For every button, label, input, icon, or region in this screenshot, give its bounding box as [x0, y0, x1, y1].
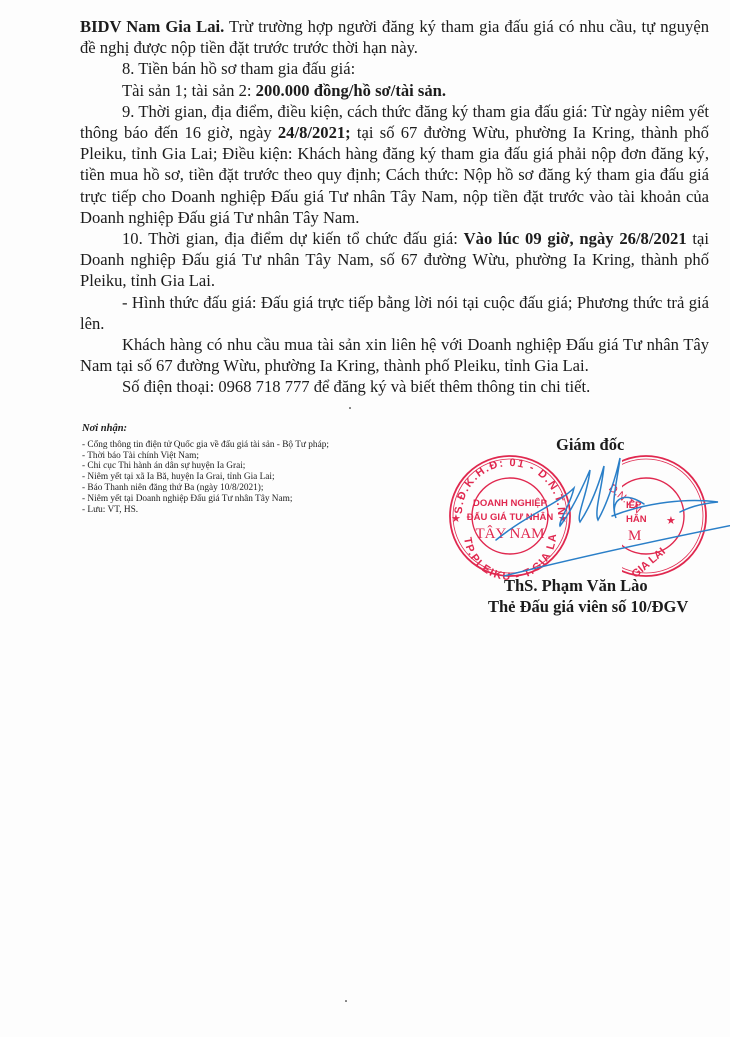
- text-run: Khách hàng có nhu cầu mua tài sản xin li…: [80, 335, 709, 375]
- recipients-block: Nơi nhận: - Cổng thông tin điện tử Quốc …: [82, 424, 412, 515]
- text-run: Số điện thoại: 0968 718 777 để đăng ký v…: [122, 377, 590, 396]
- paragraph: Tài sản 1; tài sản 2: 200.000 đồng/hồ sơ…: [80, 80, 709, 101]
- recipient-item: - Niêm yết tại Doanh nghiệp Đấu giá Tư n…: [82, 494, 412, 505]
- emphasized-text: Vào lúc 09 giờ, ngày 26/8/2021: [464, 229, 687, 248]
- emphasized-text: 24/8/2021;: [278, 123, 351, 142]
- paragraph: 9. Thời gian, địa điểm, điều kiện, cách …: [80, 101, 709, 228]
- stamp-partial-line-2: HÂN: [626, 513, 647, 525]
- emphasized-text: BIDV Nam Gia Lai.: [80, 17, 224, 36]
- recipient-item: - Niêm yết tại xã Ia Bă, huyện Ia Grai, …: [82, 472, 412, 483]
- recipients-list: - Cổng thông tin điện tử Quốc gia về đấu…: [82, 440, 412, 516]
- text-run: - Hình thức đấu giá: Đấu giá trực tiếp b…: [80, 293, 709, 333]
- recipient-item: - Lưu: VT, HS.: [82, 505, 412, 516]
- document-body: BIDV Nam Gia Lai. Trừ trường hợp người đ…: [80, 16, 709, 398]
- scan-speck: [349, 407, 351, 409]
- recipient-item: - Thời báo Tài chính Việt Nam;: [82, 451, 412, 462]
- text-run: 8. Tiền bán hồ sơ tham gia đấu giá:: [122, 59, 355, 78]
- signer-name: ThS. Phạm Văn Lào: [504, 576, 648, 596]
- text-run: Tài sản 1; tài sản 2:: [122, 81, 256, 100]
- signer-certificate: Thẻ Đấu giá viên số 10/ĐGV: [488, 597, 688, 617]
- text-run: 10. Thời gian, địa điểm dự kiến tổ chức …: [122, 229, 464, 248]
- paragraph: 8. Tiền bán hồ sơ tham gia đấu giá:: [80, 58, 709, 79]
- star-icon: ★: [451, 513, 461, 525]
- recipient-item: - Báo Thanh niên đăng thứ Ba (ngày 10/8/…: [82, 483, 412, 494]
- recipient-item: - Chi cục Thi hành án dân sự huyện Ia Gr…: [82, 461, 412, 472]
- star-icon: ★: [666, 515, 676, 527]
- stamp-line-2: ĐẤU GIÁ TƯ NHÂN: [467, 511, 554, 523]
- emphasized-text: 200.000 đồng/hồ sơ/tài sản.: [256, 81, 446, 100]
- paragraph: Khách hàng có nhu cầu mua tài sản xin li…: [80, 334, 709, 376]
- paragraph: - Hình thức đấu giá: Đấu giá trực tiếp b…: [80, 292, 709, 334]
- recipients-title: Nơi nhận:: [82, 424, 412, 435]
- company-stamp: S.Đ.K.H.Đ: 01 - D.N.T.N TP.PLEIKU - T.GI…: [448, 452, 730, 582]
- stamp-line-3: TÂY NAM: [475, 525, 544, 542]
- paragraph: Số điện thoại: 0968 718 777 để đăng ký v…: [80, 376, 709, 397]
- document-page: BIDV Nam Gia Lai. Trừ trường hợp người đ…: [0, 0, 730, 1037]
- signer-role: Giám đốc: [556, 435, 624, 455]
- stamp-line-1: DOANH NGHIỆP: [473, 497, 548, 509]
- paragraph: 10. Thời gian, địa điểm dự kiến tổ chức …: [80, 228, 709, 292]
- recipient-item: - Cổng thông tin điện tử Quốc gia về đấu…: [82, 440, 412, 451]
- paragraph: BIDV Nam Gia Lai. Trừ trường hợp người đ…: [80, 16, 709, 58]
- scan-speck: [345, 1000, 347, 1002]
- stamp-partial-line-3: M: [628, 528, 641, 544]
